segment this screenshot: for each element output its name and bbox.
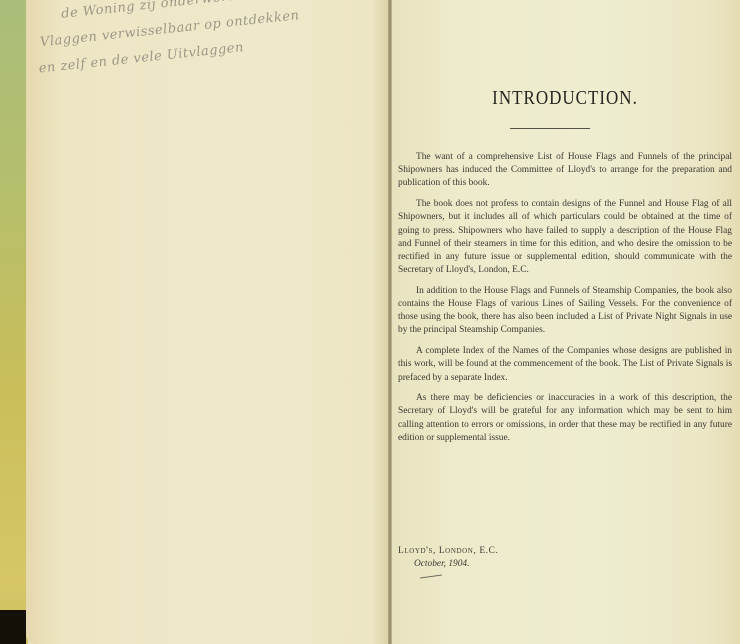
book-cover-edge <box>0 0 28 644</box>
page-title: INTRODUCTION. <box>398 86 732 110</box>
cover-shadow <box>0 610 26 644</box>
paragraph: The want of a comprehensive List of Hous… <box>398 151 732 191</box>
paragraph: As there may be deficiencies or inaccura… <box>398 392 732 445</box>
left-page <box>26 0 390 644</box>
body-paragraphs: The want of a comprehensive List of Hous… <box>398 151 732 453</box>
paragraph: The book does not profess to contain des… <box>398 198 732 277</box>
paragraph: A complete Index of the Names of the Com… <box>398 345 732 385</box>
title-rule-divider <box>510 128 590 129</box>
paragraph: In addition to the House Flags and Funne… <box>398 285 732 338</box>
signature-place: Lloyd's, London, E.C. <box>398 546 498 556</box>
signature-block: Lloyd's, London, E.C. October, 1904. <box>398 546 498 569</box>
signature-date: October, 1904. <box>414 559 498 569</box>
